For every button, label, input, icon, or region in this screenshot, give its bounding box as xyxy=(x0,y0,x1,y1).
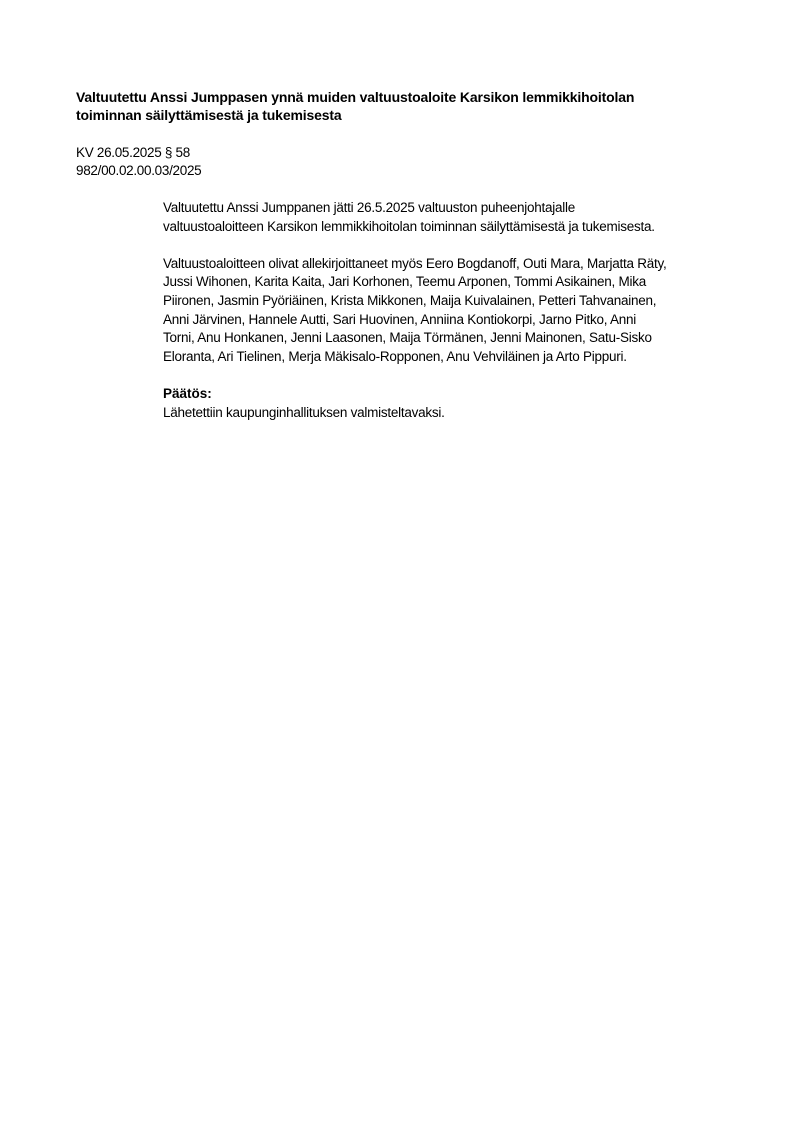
decision-section: Päätös: Lähetettiin kaupunginhallituksen… xyxy=(163,385,763,422)
document-title: Valtuutettu Anssi Jumppasen ynnä muiden … xyxy=(76,88,736,124)
paragraph-line: Piironen, Jasmin Pyöriäinen, Krista Mikk… xyxy=(163,292,763,311)
paragraph-line: Eloranta, Ari Tielinen, Merja Mäkisalo-R… xyxy=(163,348,763,367)
paragraph-signatories: Valtuustoaloitteen olivat allekirjoittan… xyxy=(163,255,763,367)
paragraph-line: Valtuutettu Anssi Jumppanen jätti 26.5.2… xyxy=(163,199,763,218)
decision-text: Lähetettiin kaupunginhallituksen valmist… xyxy=(163,404,763,423)
paragraph-line: Torni, Anu Honkanen, Jenni Laasonen, Mai… xyxy=(163,329,763,348)
title-line-1: Valtuutettu Anssi Jumppasen ynnä muiden … xyxy=(76,88,736,106)
paragraph-line: Jussi Wihonen, Karita Kaita, Jari Korhon… xyxy=(163,273,763,292)
paragraph-submission: Valtuutettu Anssi Jumppanen jätti 26.5.2… xyxy=(163,199,763,236)
document-page: Valtuutettu Anssi Jumppasen ynnä muiden … xyxy=(0,0,794,1122)
paragraph-line: Anni Järvinen, Hannele Autti, Sari Huovi… xyxy=(163,311,763,330)
document-body: Valtuutettu Anssi Jumppanen jätti 26.5.2… xyxy=(163,199,763,422)
meeting-reference: KV 26.05.2025 § 58 xyxy=(76,144,201,162)
paragraph-line: valtuustoaloitteen Karsikon lemmikkihoit… xyxy=(163,218,763,237)
title-line-2: toiminnan säilyttämisestä ja tukemisesta xyxy=(76,106,736,124)
document-meta: KV 26.05.2025 § 58 982/00.02.00.03/2025 xyxy=(76,144,201,179)
paragraph-line: Valtuustoaloitteen olivat allekirjoittan… xyxy=(163,255,763,274)
record-number: 982/00.02.00.03/2025 xyxy=(76,162,201,180)
decision-heading: Päätös: xyxy=(163,385,763,404)
